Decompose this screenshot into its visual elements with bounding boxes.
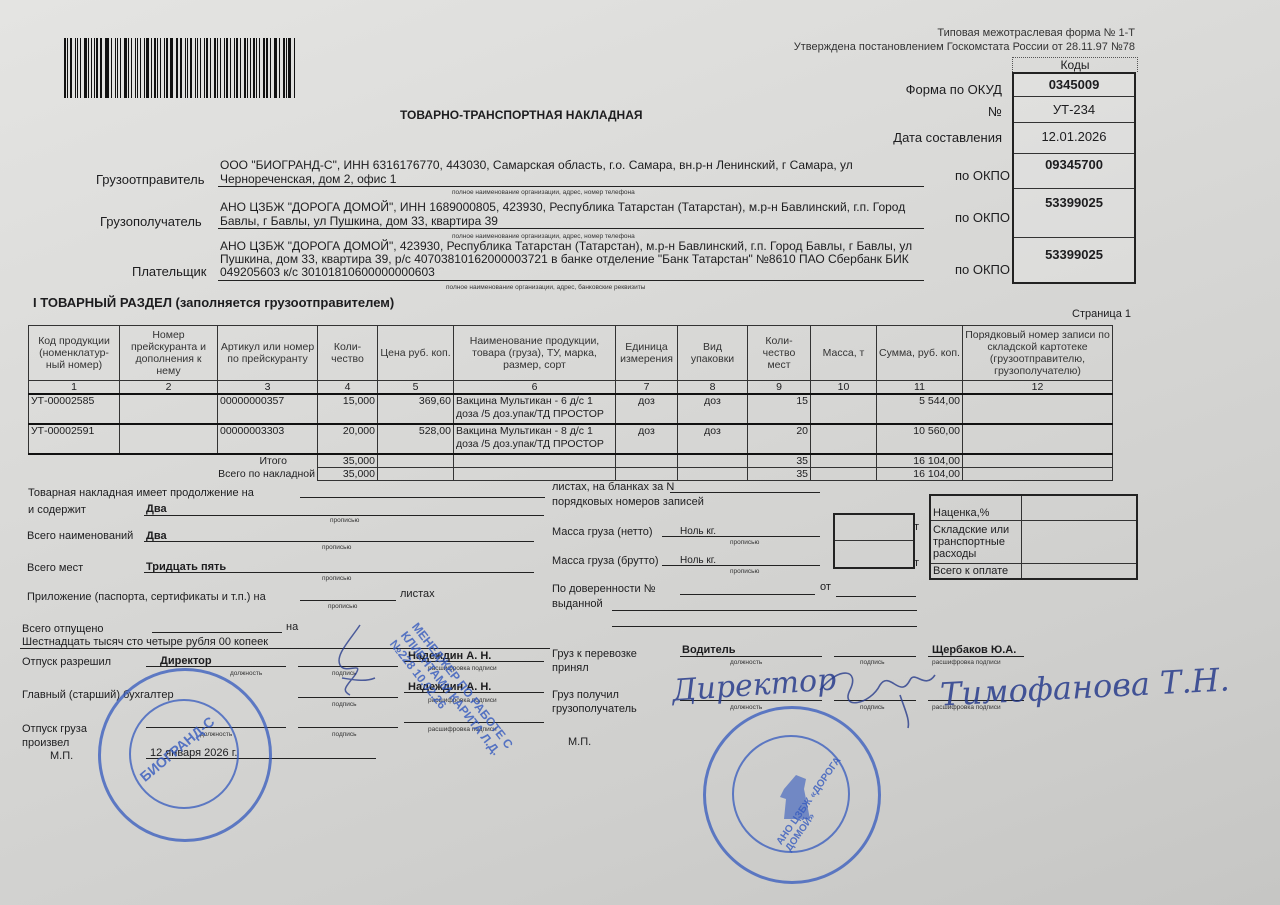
dog-cat-icon bbox=[766, 769, 822, 825]
goods-table: Код продукции (номенклатур-ный номер) Но… bbox=[28, 325, 1113, 481]
section-title: I ТОВАРНЫЙ РАЗДЕЛ (заполняется грузоотпр… bbox=[33, 295, 394, 310]
hint-position: должность bbox=[730, 704, 762, 711]
hint-in-words: прописью bbox=[328, 603, 357, 610]
doc-number: УТ-234 bbox=[1014, 97, 1134, 123]
grand-total-label: Всего по накладной bbox=[29, 468, 318, 481]
places-label: Всего мест bbox=[27, 562, 83, 574]
cell-article: 00000003303 bbox=[218, 424, 318, 454]
hint-payer: полное наименование организации, адрес, … bbox=[446, 284, 645, 291]
col-number: 2 bbox=[120, 381, 218, 395]
cell-name: Вакцина Мультикан - 8 д/с 1 доза /5 доз.… bbox=[454, 424, 616, 454]
total-pay-label: Всего к оплате bbox=[930, 564, 1022, 580]
total-label: Итого bbox=[29, 454, 318, 468]
items-label: Всего наименований bbox=[27, 530, 133, 542]
okpo-consignee-label: по ОКПО bbox=[955, 210, 1010, 225]
hint-in-words: прописью bbox=[730, 568, 759, 575]
consignee-line1: АНО ЦЗБЖ "ДОРОГА ДОМОЙ", ИНН 1689000805,… bbox=[220, 200, 905, 214]
hint-shipper: полное наименование организации, адрес, … bbox=[452, 189, 635, 196]
cell-mass bbox=[811, 394, 877, 424]
contains-label: и содержит bbox=[28, 504, 86, 516]
table-header-row: Код продукции (номенклатур-ный номер) Но… bbox=[29, 326, 1113, 381]
cell-pack: доз bbox=[678, 394, 748, 424]
hint-in-words: прописью bbox=[730, 539, 759, 546]
markup-table: Наценка,% Складские или транспортные рас… bbox=[929, 494, 1138, 580]
ton-label: т bbox=[914, 521, 919, 533]
col-header: Единица измерения bbox=[616, 326, 678, 381]
gross-mass-label: Масса груза (брутто) bbox=[552, 555, 659, 567]
col-number: 10 bbox=[811, 381, 877, 395]
date-label: Дата составления bbox=[893, 130, 1002, 145]
total-sum: 16 104,00 bbox=[877, 454, 963, 468]
cell-unit: доз bbox=[616, 424, 678, 454]
hint-signature: подпись bbox=[332, 731, 357, 738]
released-label: Всего отпущено bbox=[22, 623, 104, 635]
hint-in-words: прописью bbox=[330, 517, 359, 524]
handwritten-name: Тимофанова Т.Н. bbox=[939, 660, 1230, 713]
consignee-stamp-icon: АНО ЦЗБЖ «ДОРОГА ДОМОЙ» bbox=[703, 706, 881, 884]
doc-date: 12.01.2026 bbox=[1014, 123, 1134, 154]
document-title: ТОВАРНО-ТРАНСПОРТНАЯ НАКЛАДНАЯ bbox=[400, 108, 643, 122]
col-number: 8 bbox=[678, 381, 748, 395]
cell-price: 528,00 bbox=[378, 424, 454, 454]
col-header: Наименование продукции, товара (груза), … bbox=[454, 326, 616, 381]
hint-signature: подпись bbox=[332, 701, 357, 708]
cell-places: 15 bbox=[748, 394, 811, 424]
col-header: Артикул или номер по прейскуранту bbox=[218, 326, 318, 381]
col-header: Масса, т bbox=[811, 326, 877, 381]
col-header: Цена руб. коп. bbox=[378, 326, 454, 381]
hint-position: должность bbox=[230, 670, 262, 677]
col-header: Вид упаковки bbox=[678, 326, 748, 381]
total-qty: 35,000 bbox=[318, 454, 378, 468]
shipper-stamp-icon: БИОГРАНД-С bbox=[98, 668, 272, 842]
contains-value: Два bbox=[146, 503, 167, 515]
cell-qty: 20,000 bbox=[318, 424, 378, 454]
col-number: 9 bbox=[748, 381, 811, 395]
ton-label: т bbox=[914, 557, 919, 569]
col-number: 6 bbox=[454, 381, 616, 395]
page-number: Страница 1 bbox=[1072, 308, 1131, 320]
cell-record bbox=[963, 424, 1113, 454]
okpo-shipper: 09345700 bbox=[1014, 154, 1134, 189]
manager-stamp: МЕНЕДЖЕР ПО РАБОТЕ С КЛИЕНТАМИ КАРИТА Л.… bbox=[387, 620, 519, 772]
sheets-label: листах, на бланках за N bbox=[552, 481, 674, 493]
poa-label: По доверенности № bbox=[552, 583, 656, 595]
cell-unit: доз bbox=[616, 394, 678, 424]
released-on: на bbox=[286, 621, 298, 633]
grand-total-sum: 16 104,00 bbox=[877, 468, 963, 481]
cell-mass bbox=[811, 424, 877, 454]
mass-box bbox=[833, 513, 915, 569]
grand-total-row: Всего по накладной 35,000 35 16 104,00 bbox=[29, 468, 1113, 481]
codes-header: Коды bbox=[1012, 57, 1138, 72]
cell-price: 369,60 bbox=[378, 394, 454, 424]
col-number: 7 bbox=[616, 381, 678, 395]
allowed-label: Отпуск разрешил bbox=[22, 656, 111, 668]
cell-sum: 5 544,00 bbox=[877, 394, 963, 424]
table-row: УТ-00002585 00000000357 15,000 369,60 Ва… bbox=[29, 394, 1113, 424]
consignee-label: Грузополучатель bbox=[100, 214, 202, 229]
okpo-shipper-label: по ОКПО bbox=[955, 168, 1010, 183]
form-type: Типовая межотраслевая форма № 1-Т bbox=[937, 27, 1135, 39]
issued-label: выданной bbox=[552, 598, 603, 610]
payer-line1: АНО ЦЗБЖ "ДОРОГА ДОМОЙ", 423930, Республ… bbox=[220, 239, 912, 253]
shipper-line1: ООО "БИОГРАНД-С", ИНН 6316176770, 443030… bbox=[220, 158, 853, 172]
cell-name: Вакцина Мультикан - 6 д/с 1 доза /5 доз.… bbox=[454, 394, 616, 424]
col-header: Коли-чество bbox=[318, 326, 378, 381]
cell-qty: 15,000 bbox=[318, 394, 378, 424]
col-header: Сумма, руб. коп. bbox=[877, 326, 963, 381]
approved-by: Утверждена постановлением Госкомстата Ро… bbox=[794, 41, 1135, 53]
shipper-label: Грузоотправитель bbox=[96, 172, 204, 187]
col-header: Коли-чество мест bbox=[748, 326, 811, 381]
col-number: 3 bbox=[218, 381, 318, 395]
received-label: Груз получил грузополучатель bbox=[552, 688, 652, 716]
driver-position: Водитель bbox=[682, 644, 736, 656]
signature-icon bbox=[320, 620, 380, 700]
markup-label: Наценка,% bbox=[930, 495, 1022, 521]
hint-decode: расшифровка подписи bbox=[932, 659, 1001, 666]
col-number: 11 bbox=[877, 381, 963, 395]
driver-name: Щербаков Ю.А. bbox=[932, 644, 1016, 656]
payer-label: Плательщик bbox=[132, 264, 206, 279]
col-number: 4 bbox=[318, 381, 378, 395]
payer-line3: 049205603 к/с 30101810600000000603 bbox=[220, 265, 435, 279]
attachment-label: Приложение (паспорта, сертификаты и т.п.… bbox=[27, 591, 266, 603]
cell-sum: 10 560,00 bbox=[877, 424, 963, 454]
records-label: порядковых номеров записей bbox=[552, 496, 704, 508]
number-label: № bbox=[988, 104, 1002, 119]
okpo-payer-label: по ОКПО bbox=[955, 262, 1010, 277]
okud-label: Форма по ОКУД bbox=[906, 82, 1002, 97]
col-header: Порядковый номер записи по складской кар… bbox=[963, 326, 1113, 381]
barcode bbox=[64, 38, 296, 98]
attachment-sheets: листах bbox=[400, 588, 435, 600]
col-header: Код продукции (номенклатур-ный номер) bbox=[29, 326, 120, 381]
expenses-label: Складские или транспортные расходы bbox=[930, 521, 1022, 564]
cell-places: 20 bbox=[748, 424, 811, 454]
column-number-row: 1 2 3 4 5 6 7 8 9 10 11 12 bbox=[29, 381, 1113, 395]
mp-shipper: М.П. bbox=[50, 750, 73, 762]
cell-code: УТ-00002585 bbox=[29, 394, 120, 424]
poa-from: от bbox=[820, 581, 831, 593]
hint-in-words: прописью bbox=[322, 544, 351, 551]
continues-label: Товарная накладная имеет продолжение на bbox=[28, 487, 254, 499]
cell-record bbox=[963, 394, 1113, 424]
hint-in-words: прописью bbox=[322, 575, 351, 582]
net-mass-label: Масса груза (нетто) bbox=[552, 526, 653, 538]
cell-article: 00000000357 bbox=[218, 394, 318, 424]
col-number: 12 bbox=[963, 381, 1113, 395]
cell-pricelist bbox=[120, 424, 218, 454]
col-header: Номер прейскуранта и дополнения к нему bbox=[120, 326, 218, 381]
cell-pack: доз bbox=[678, 424, 748, 454]
codes-box: 0345009 УТ-234 12.01.2026 09345700 53399… bbox=[1012, 72, 1136, 284]
amount-in-words: Шестнадцать тысяч сто четыре рубля 00 ко… bbox=[22, 636, 268, 648]
consignee-line2: Бавлы, г Бавлы, ул Пушкина, дом 33, квар… bbox=[220, 214, 498, 228]
produced-label: Отпуск груза произвел bbox=[22, 722, 102, 750]
total-places: 35 bbox=[748, 454, 811, 468]
table-row: УТ-00002591 00000003303 20,000 528,00 Ва… bbox=[29, 424, 1113, 454]
payer-line2: Пушкина, дом 33, квартира 39, р/с 407038… bbox=[220, 252, 909, 266]
okpo-payer: 53399025 bbox=[1014, 238, 1134, 282]
grand-total-places: 35 bbox=[748, 468, 811, 481]
okud-code: 0345009 bbox=[1014, 74, 1134, 97]
col-number: 5 bbox=[378, 381, 454, 395]
accepted-label: Груз к перевозке принял bbox=[552, 647, 652, 675]
mp-consignee: М.П. bbox=[568, 736, 591, 748]
cell-code: УТ-00002591 bbox=[29, 424, 120, 454]
hint-position: должность bbox=[730, 659, 762, 666]
total-row: Итого 35,000 35 16 104,00 bbox=[29, 454, 1113, 468]
cell-pricelist bbox=[120, 394, 218, 424]
okpo-consignee: 53399025 bbox=[1014, 189, 1134, 238]
col-number: 1 bbox=[29, 381, 120, 395]
shipper-line2: Чернореченская, дом 2, офис 1 bbox=[220, 172, 396, 186]
grand-total-qty: 35,000 bbox=[318, 468, 378, 481]
